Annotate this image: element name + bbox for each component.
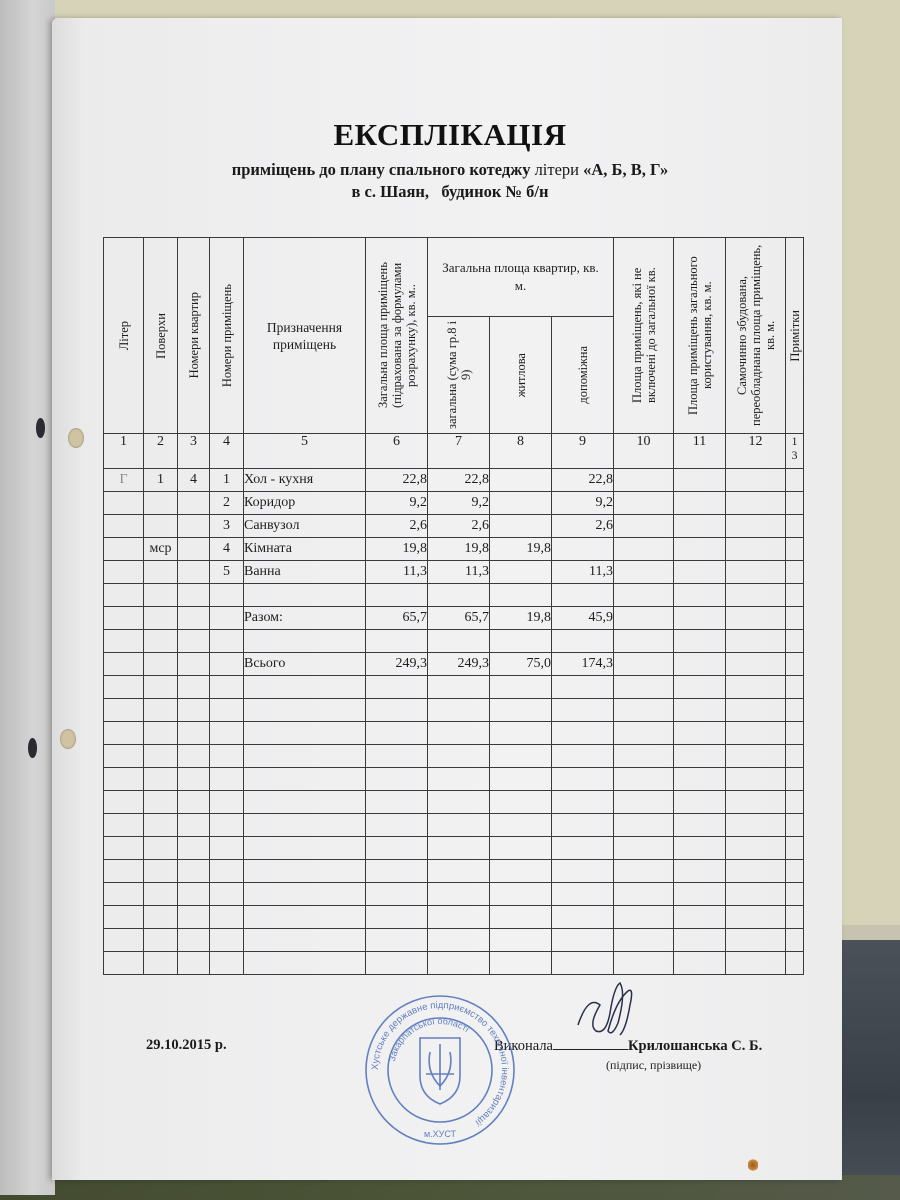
cell-empty (674, 676, 726, 699)
cell-empty (726, 837, 786, 860)
cell-empty (428, 722, 490, 745)
signature-icon (568, 975, 648, 1055)
explication-table: Літер Поверхи Номери квартир Номери прим… (103, 237, 804, 975)
cell-empty (178, 699, 210, 722)
cell-empty (428, 837, 490, 860)
cell-empty (614, 515, 674, 538)
cell-apt (178, 584, 210, 607)
cell-empty (144, 791, 178, 814)
cell-empty (726, 722, 786, 745)
background-fabric (840, 940, 900, 1200)
cell-empty (144, 952, 178, 975)
cell-empty (366, 883, 428, 906)
table-row (104, 630, 804, 653)
cell-empty (614, 906, 674, 929)
cell-purpose: Хол - кухня (244, 469, 366, 492)
cell-empty (210, 791, 244, 814)
cell-aux (552, 538, 614, 561)
cell-empty (674, 561, 726, 584)
cell-apt: 4 (178, 469, 210, 492)
cell-empty (144, 745, 178, 768)
subtitle-part: літери (535, 160, 579, 179)
cell-empty (490, 929, 552, 952)
cell-empty (144, 906, 178, 929)
cell-empty (552, 837, 614, 860)
cell-empty (614, 584, 674, 607)
column-number-cell: 6 (366, 434, 428, 469)
cell-empty (178, 952, 210, 975)
cell-empty (786, 860, 804, 883)
cell-empty (786, 515, 804, 538)
cell-floor (144, 653, 178, 676)
cell-empty (490, 768, 552, 791)
cell-liter (104, 607, 144, 630)
cell-empty (786, 883, 804, 906)
cell-empty (614, 745, 674, 768)
cell-empty (104, 791, 144, 814)
cell-apt (178, 653, 210, 676)
cell-empty (614, 883, 674, 906)
cell-aux (552, 584, 614, 607)
cell-empty (244, 768, 366, 791)
cell-empty (366, 768, 428, 791)
cell-empty (178, 929, 210, 952)
cell-empty (614, 837, 674, 860)
cell-room: 2 (210, 492, 244, 515)
cell-empty (144, 676, 178, 699)
cell-aux: 45,9 (552, 607, 614, 630)
cell-aux: 2,6 (552, 515, 614, 538)
cell-empty (210, 814, 244, 837)
cell-living (490, 469, 552, 492)
cell-liter (104, 630, 144, 653)
cell-empty (614, 538, 674, 561)
cell-empty (178, 768, 210, 791)
binder-hole-icon (28, 738, 37, 758)
cell-living (490, 492, 552, 515)
rust-stain (748, 1158, 758, 1172)
cell-purpose: Коридор (244, 492, 366, 515)
cell-empty (614, 952, 674, 975)
cell-empty (490, 745, 552, 768)
header-excluded-area: Площа приміщень, які не включені до зага… (614, 238, 674, 434)
cell-total: 2,6 (366, 515, 428, 538)
cell-empty (726, 653, 786, 676)
cell-empty (428, 860, 490, 883)
cell-apt (178, 607, 210, 630)
cell-empty (786, 699, 804, 722)
cell-apt (178, 561, 210, 584)
cell-empty (490, 906, 552, 929)
cell-empty (244, 791, 366, 814)
cell-floor (144, 561, 178, 584)
cell-empty (366, 860, 428, 883)
cell-living (490, 630, 552, 653)
cell-empty (786, 768, 804, 791)
table-row: 3Санвузол2,62,62,6 (104, 515, 804, 538)
table-row: Разом:65,765,719,845,9 (104, 607, 804, 630)
cell-empty (674, 699, 726, 722)
table-row-empty (104, 676, 804, 699)
cell-empty (144, 929, 178, 952)
table-row-empty (104, 814, 804, 837)
cell-empty (786, 653, 804, 676)
table-row-empty (104, 883, 804, 906)
cell-empty (104, 745, 144, 768)
cell-apt-total: 65,7 (428, 607, 490, 630)
cell-empty (366, 906, 428, 929)
cell-empty (614, 699, 674, 722)
cell-empty (366, 699, 428, 722)
cell-empty (786, 607, 804, 630)
cell-apt-total: 11,3 (428, 561, 490, 584)
cell-empty (786, 492, 804, 515)
cell-empty (614, 791, 674, 814)
cell-empty (490, 791, 552, 814)
document-subtitle: приміщень до плану спального котеджу літ… (0, 160, 900, 180)
cell-empty (726, 906, 786, 929)
cell-empty (614, 860, 674, 883)
cell-empty (786, 906, 804, 929)
cell-empty (244, 745, 366, 768)
cell-empty (674, 883, 726, 906)
document-date: 29.10.2015 р. (146, 1037, 227, 1054)
cell-empty (210, 906, 244, 929)
cell-empty (428, 768, 490, 791)
cell-empty (726, 929, 786, 952)
column-number-cell: 4 (210, 434, 244, 469)
cell-empty (178, 837, 210, 860)
cell-empty (244, 906, 366, 929)
cell-apt-total: 19,8 (428, 538, 490, 561)
cell-total: 22,8 (366, 469, 428, 492)
cell-empty (726, 768, 786, 791)
punch-hole-icon (68, 428, 84, 448)
cell-empty (674, 860, 726, 883)
cell-empty (726, 561, 786, 584)
table-row-empty (104, 837, 804, 860)
cell-empty (552, 906, 614, 929)
table-row: 2Коридор9,29,29,2 (104, 492, 804, 515)
cell-empty (144, 860, 178, 883)
column-number-cell: 3 (178, 434, 210, 469)
cell-empty (674, 630, 726, 653)
cell-living (490, 515, 552, 538)
cell-empty (674, 538, 726, 561)
header-room-numbers: Номери приміщень (210, 238, 244, 434)
cell-empty (726, 469, 786, 492)
cell-apt (178, 515, 210, 538)
cell-apt (178, 630, 210, 653)
cell-empty (786, 837, 804, 860)
table-row-empty (104, 791, 804, 814)
cell-empty (552, 952, 614, 975)
cell-purpose: Всього (244, 653, 366, 676)
cell-room (210, 584, 244, 607)
cell-empty (490, 814, 552, 837)
document-address: в с. Шаян, будинок № б/н (0, 182, 900, 202)
cell-living (490, 561, 552, 584)
cell-room: 3 (210, 515, 244, 538)
cell-empty (726, 699, 786, 722)
cell-total (366, 584, 428, 607)
cell-empty (104, 722, 144, 745)
column-number-row: 1234567891011121 3 (104, 434, 804, 469)
column-number-cell: 8 (490, 434, 552, 469)
cell-room: 4 (210, 538, 244, 561)
cell-empty (726, 630, 786, 653)
cell-living: 19,8 (490, 538, 552, 561)
cell-empty (552, 745, 614, 768)
header-common-use-area: Площа приміщень загального користування,… (674, 238, 726, 434)
cell-aux: 11,3 (552, 561, 614, 584)
cell-empty (726, 791, 786, 814)
cell-empty (726, 676, 786, 699)
cell-apt (178, 492, 210, 515)
column-number-cell: 1 3 (786, 434, 804, 469)
cell-empty (244, 883, 366, 906)
cell-empty (178, 860, 210, 883)
column-number-cell: 12 (726, 434, 786, 469)
cell-empty (614, 768, 674, 791)
cell-apt-total: 9,2 (428, 492, 490, 515)
cell-empty (674, 906, 726, 929)
cell-room (210, 607, 244, 630)
cell-room (210, 630, 244, 653)
table-row-empty (104, 699, 804, 722)
cell-room: 1 (210, 469, 244, 492)
binder-hole-icon (36, 418, 45, 438)
cell-total: 19,8 (366, 538, 428, 561)
cell-floor (144, 630, 178, 653)
cell-empty (726, 584, 786, 607)
cell-floor: мср (144, 538, 178, 561)
table-row: Г141Хол - кухня22,822,822,8 (104, 469, 804, 492)
column-number-cell: 1 (104, 434, 144, 469)
cell-empty (674, 492, 726, 515)
cell-empty (726, 607, 786, 630)
cell-empty (674, 607, 726, 630)
cell-floor (144, 584, 178, 607)
cell-apt-total: 2,6 (428, 515, 490, 538)
cell-room (210, 653, 244, 676)
cell-empty (244, 676, 366, 699)
cell-total: 9,2 (366, 492, 428, 515)
cell-empty (104, 699, 144, 722)
cell-empty (726, 492, 786, 515)
cell-empty (726, 860, 786, 883)
cell-empty (552, 929, 614, 952)
cell-empty (786, 469, 804, 492)
cell-apt (178, 538, 210, 561)
cell-empty (104, 929, 144, 952)
cell-liter (104, 653, 144, 676)
cell-empty (210, 860, 244, 883)
cell-empty (144, 699, 178, 722)
punch-hole-icon (60, 729, 76, 749)
cell-empty (144, 814, 178, 837)
header-liter: Літер (104, 238, 144, 434)
cell-empty (674, 515, 726, 538)
cell-empty (614, 607, 674, 630)
cell-purpose: Разом: (244, 607, 366, 630)
cell-empty (552, 699, 614, 722)
cell-empty (614, 630, 674, 653)
cell-empty (674, 745, 726, 768)
cell-purpose: Санвузол (244, 515, 366, 538)
table-row (104, 584, 804, 607)
cell-floor (144, 492, 178, 515)
cell-empty (178, 814, 210, 837)
cell-empty (366, 929, 428, 952)
cell-empty (786, 952, 804, 975)
cell-empty (178, 906, 210, 929)
cell-empty (552, 722, 614, 745)
cell-living: 19,8 (490, 607, 552, 630)
cell-empty (428, 883, 490, 906)
cell-empty (428, 906, 490, 929)
table-row-empty (104, 768, 804, 791)
cell-empty (244, 952, 366, 975)
cell-living: 75,0 (490, 653, 552, 676)
cell-purpose: Кімната (244, 538, 366, 561)
cell-empty (428, 929, 490, 952)
cell-empty (244, 814, 366, 837)
cell-empty (366, 722, 428, 745)
cell-empty (726, 515, 786, 538)
cell-empty (674, 584, 726, 607)
cell-empty (244, 837, 366, 860)
table-row-empty (104, 929, 804, 952)
table-row: 5Ванна11,311,311,3 (104, 561, 804, 584)
cell-empty (726, 745, 786, 768)
cell-empty (786, 630, 804, 653)
cell-empty (674, 791, 726, 814)
cell-empty (210, 837, 244, 860)
column-number-cell: 7 (428, 434, 490, 469)
cell-liter (104, 492, 144, 515)
cell-empty (144, 883, 178, 906)
cell-empty (104, 814, 144, 837)
header-apartments-total: загальна (сума гр.8 і 9) (428, 317, 490, 434)
stamp-city: м.ХУСТ (424, 1129, 457, 1139)
cell-empty (726, 814, 786, 837)
cell-empty (104, 906, 144, 929)
cell-empty (674, 768, 726, 791)
cell-total: 249,3 (366, 653, 428, 676)
cell-empty (786, 584, 804, 607)
cell-empty (674, 469, 726, 492)
cell-empty (490, 837, 552, 860)
cell-empty (144, 768, 178, 791)
cell-empty (614, 814, 674, 837)
cell-empty (104, 883, 144, 906)
cell-empty (674, 814, 726, 837)
header-purpose: Призначення приміщень (244, 238, 366, 434)
table-row-empty (104, 952, 804, 975)
cell-empty (428, 699, 490, 722)
header-notes: Примітки (786, 238, 804, 434)
cell-floor (144, 515, 178, 538)
cell-empty (614, 929, 674, 952)
cell-empty (178, 676, 210, 699)
cell-empty (786, 745, 804, 768)
cell-empty (614, 469, 674, 492)
header-floors: Поверхи (144, 238, 178, 434)
cell-empty (244, 929, 366, 952)
column-number-cell: 9 (552, 434, 614, 469)
cell-empty (490, 676, 552, 699)
table-row-empty (104, 745, 804, 768)
signature-caption: (підпис, прізвище) (606, 1058, 701, 1073)
column-number-cell: 10 (614, 434, 674, 469)
table-row: мср4Кімната19,819,819,8 (104, 538, 804, 561)
cell-empty (726, 538, 786, 561)
cell-empty (428, 952, 490, 975)
cell-empty (786, 814, 804, 837)
cell-empty (366, 837, 428, 860)
table-row-empty (104, 906, 804, 929)
cell-empty (614, 492, 674, 515)
cell-empty (552, 768, 614, 791)
cell-total (366, 630, 428, 653)
cell-liter (104, 538, 144, 561)
cell-empty (552, 676, 614, 699)
cell-empty (178, 883, 210, 906)
cell-room: 5 (210, 561, 244, 584)
cell-floor (144, 607, 178, 630)
subtitle-part: «А, Б, В, Г» (583, 160, 668, 179)
subtitle-part: приміщень до плану спального котеджу (232, 160, 531, 179)
cell-empty (674, 837, 726, 860)
cell-purpose (244, 584, 366, 607)
cell-aux: 174,3 (552, 653, 614, 676)
cell-aux (552, 630, 614, 653)
header-total-area: Загальна площа приміщень (підрахована за… (366, 238, 428, 434)
cell-empty (726, 952, 786, 975)
cell-empty (104, 768, 144, 791)
cell-empty (674, 952, 726, 975)
cell-empty (614, 653, 674, 676)
column-number-cell: 11 (674, 434, 726, 469)
cell-empty (104, 952, 144, 975)
performer-name: Крилошанська С. Б. (628, 1038, 762, 1054)
cell-liter (104, 561, 144, 584)
cell-empty (428, 745, 490, 768)
cell-empty (210, 929, 244, 952)
cell-total: 65,7 (366, 607, 428, 630)
header-apartments-living: житлова (490, 317, 552, 434)
cell-empty (244, 860, 366, 883)
cell-empty (674, 929, 726, 952)
cell-empty (210, 676, 244, 699)
cell-empty (552, 791, 614, 814)
cell-empty (104, 860, 144, 883)
cell-apt-total (428, 630, 490, 653)
cell-purpose (244, 630, 366, 653)
cell-empty (786, 676, 804, 699)
cell-empty (552, 860, 614, 883)
header-apartment-numbers: Номери квартир (178, 238, 210, 434)
cell-apt-total: 22,8 (428, 469, 490, 492)
cell-empty (674, 653, 726, 676)
cell-empty (104, 837, 144, 860)
cell-empty (614, 676, 674, 699)
cell-empty (210, 883, 244, 906)
cell-apt-total: 249,3 (428, 653, 490, 676)
header-apartments-auxiliary: допоміжна (552, 317, 614, 434)
cell-empty (366, 791, 428, 814)
